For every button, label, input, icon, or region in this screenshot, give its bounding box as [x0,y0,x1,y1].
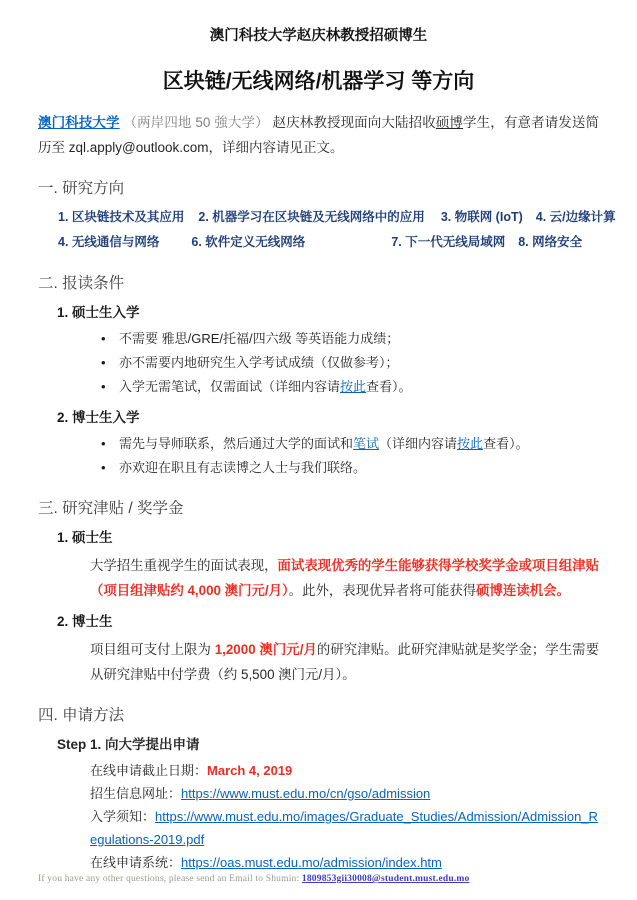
deadline-label: 在线申请截止日期： [90,763,207,778]
para-text: 项目组可支付上限为 [90,642,215,657]
subsection-master-stipend: 1. 硕士生 [57,529,599,547]
regulation-row: 入学须知：https://www.must.edu.mo/images/Grad… [90,805,599,851]
admission-info-url-link[interactable]: https://www.must.edu.mo/cn/gso/admission [181,786,430,801]
research-item-8: 8. 网络安全 [518,230,582,255]
document-title: 澳门科技大学赵庆林教授招硕博生 [38,26,599,46]
document-subtitle: 区块链/无线网络/机器学习 等方向 [38,68,599,96]
written-test-link[interactable]: 笔试 [353,436,379,451]
bullet-no-mainland-exam: 亦不需要内地研究生入学考试成绩（仅做参考）； [100,351,599,375]
document-page: 澳门科技大学赵庆林教授招硕博生 区块链/无线网络/机器学习 等方向 澳门科技大学… [0,0,637,874]
deadline-date: March 4, 2019 [207,763,292,778]
bullet-contact-supervisor: 需先与导师联系，然后通过大学的面试和笔试（详细内容请按此查看）。 [100,432,599,456]
intro-paragraph: 澳门科技大学 （两岸四地 50 強大学） 赵庆林教授现面向大陆招收硕博学生，有意… [38,110,599,160]
bullet-text: 入学无需笔试，仅需面试（详细内容请 [119,379,340,394]
phd-details-link[interactable]: 按此 [457,436,483,451]
master-details-link[interactable]: 按此 [340,379,366,394]
online-system-url-link[interactable]: https://oas.must.edu.mo/admission/index.… [181,855,442,870]
research-item-5: 4. 无线通信与网络 [58,230,159,255]
bullet-interview-only: 入学无需笔试，仅需面试（详细内容请按此查看）。 [100,375,599,399]
bullet-working-professionals: 亦欢迎在职且有志读博之人士与我们联络。 [100,456,599,480]
para-text: 。此外，表现优异者将可能获得 [289,583,476,598]
research-item-3: 3. 物联网 (IoT) [441,205,523,230]
phd-stipend-paragraph: 项目组可支付上限为 1,2000 澳门元/月的研究津贴。此研究津贴就是奖学金；学… [90,637,599,687]
university-rank-note: （两岸四地 50 強大学） [124,115,269,130]
research-item-6: 6. 软件定义无线网络 [191,230,305,255]
university-link[interactable]: 澳门科技大学 [38,115,120,130]
regulation-label: 入学须知： [90,809,155,824]
online-system-row: 在线申请系统：https://oas.must.edu.mo/admission… [90,851,599,874]
step-1-title: Step 1. 向大学提出申请 [57,736,599,754]
application-info-rows: 在线申请截止日期：March 4, 2019 招生信息网址：https://ww… [90,759,599,874]
bullet-text: 查看）。 [483,436,529,451]
research-item-1: 1. 区块链技术及其应用 [58,205,184,230]
admission-info-row: 招生信息网址：https://www.must.edu.mo/cn/gso/ad… [90,782,599,805]
bullet-text: 需先与导师联系，然后通过大学的面试和 [119,436,353,451]
research-directions-list: 1. 区块链技术及其应用2. 机器学习在区块链及无线网络中的应用3. 物联网 (… [58,205,599,255]
intro-text-1: 赵庆林教授现面向大陆招收 [273,115,436,130]
bullet-text: 查看）。 [366,379,412,394]
research-item-2: 2. 机器学习在区块链及无线网络中的应用 [198,205,424,230]
footer-text: If you have any other questions, please … [38,874,302,884]
section-heading-admission-requirements: 二. 报读条件 [38,273,599,294]
research-row-2: 4. 无线通信与网络6. 软件定义无线网络7. 下一代无线局域网8. 网络安全 [58,230,599,255]
bullet-text: （详细内容请 [379,436,457,451]
contact-email-link[interactable]: 1809853gii30008@student.must.edu.mo [302,874,470,884]
research-item-7: 7. 下一代无线局域网 [391,230,505,255]
regulation-pdf-url-link[interactable]: https://www.must.edu.mo/images/Graduate_… [90,809,598,847]
section-heading-research-directions: 一. 研究方向 [38,178,599,199]
stipend-amount-highlight: 1,2000 澳门元/月 [215,642,317,657]
intro-underlined-text: 硕博 [436,115,463,130]
deadline-row: 在线申请截止日期：March 4, 2019 [90,759,599,782]
online-system-label: 在线申请系统： [90,855,181,870]
master-stipend-paragraph: 大学招生重视学生的面试表现，面试表现优秀的学生能够获得学校奖学金或项目组津贴（项… [90,553,599,603]
section-heading-stipend-scholarship: 三. 研究津贴 / 奖学金 [38,498,599,519]
subsection-phd-stipend: 2. 博士生 [57,613,599,631]
research-item-4: 4. 云/边缘计算 [536,205,616,230]
para-text: 大学招生重视学生的面试表现， [90,558,278,573]
bullet-no-english-tests: 不需要 雅思/GRE/托福/四六级 等英语能力成绩； [100,327,599,351]
master-admission-bullets: 不需要 雅思/GRE/托福/四六级 等英语能力成绩； 亦不需要内地研究生入学考试… [100,327,599,399]
subsection-master-admission: 1. 硕士生入学 [57,304,599,322]
phd-admission-bullets: 需先与导师联系，然后通过大学的面试和笔试（详细内容请按此查看）。 亦欢迎在职且有… [100,432,599,480]
page-footer: If you have any other questions, please … [38,874,599,884]
admission-info-label: 招生信息网址： [90,786,181,801]
subsection-phd-admission: 2. 博士生入学 [57,409,599,427]
direct-phd-highlight-text: 硕博连读机会。 [476,583,570,598]
section-heading-application-method: 四. 申请方法 [38,705,599,726]
research-row-1: 1. 区块链技术及其应用2. 机器学习在区块链及无线网络中的应用3. 物联网 (… [58,205,599,230]
